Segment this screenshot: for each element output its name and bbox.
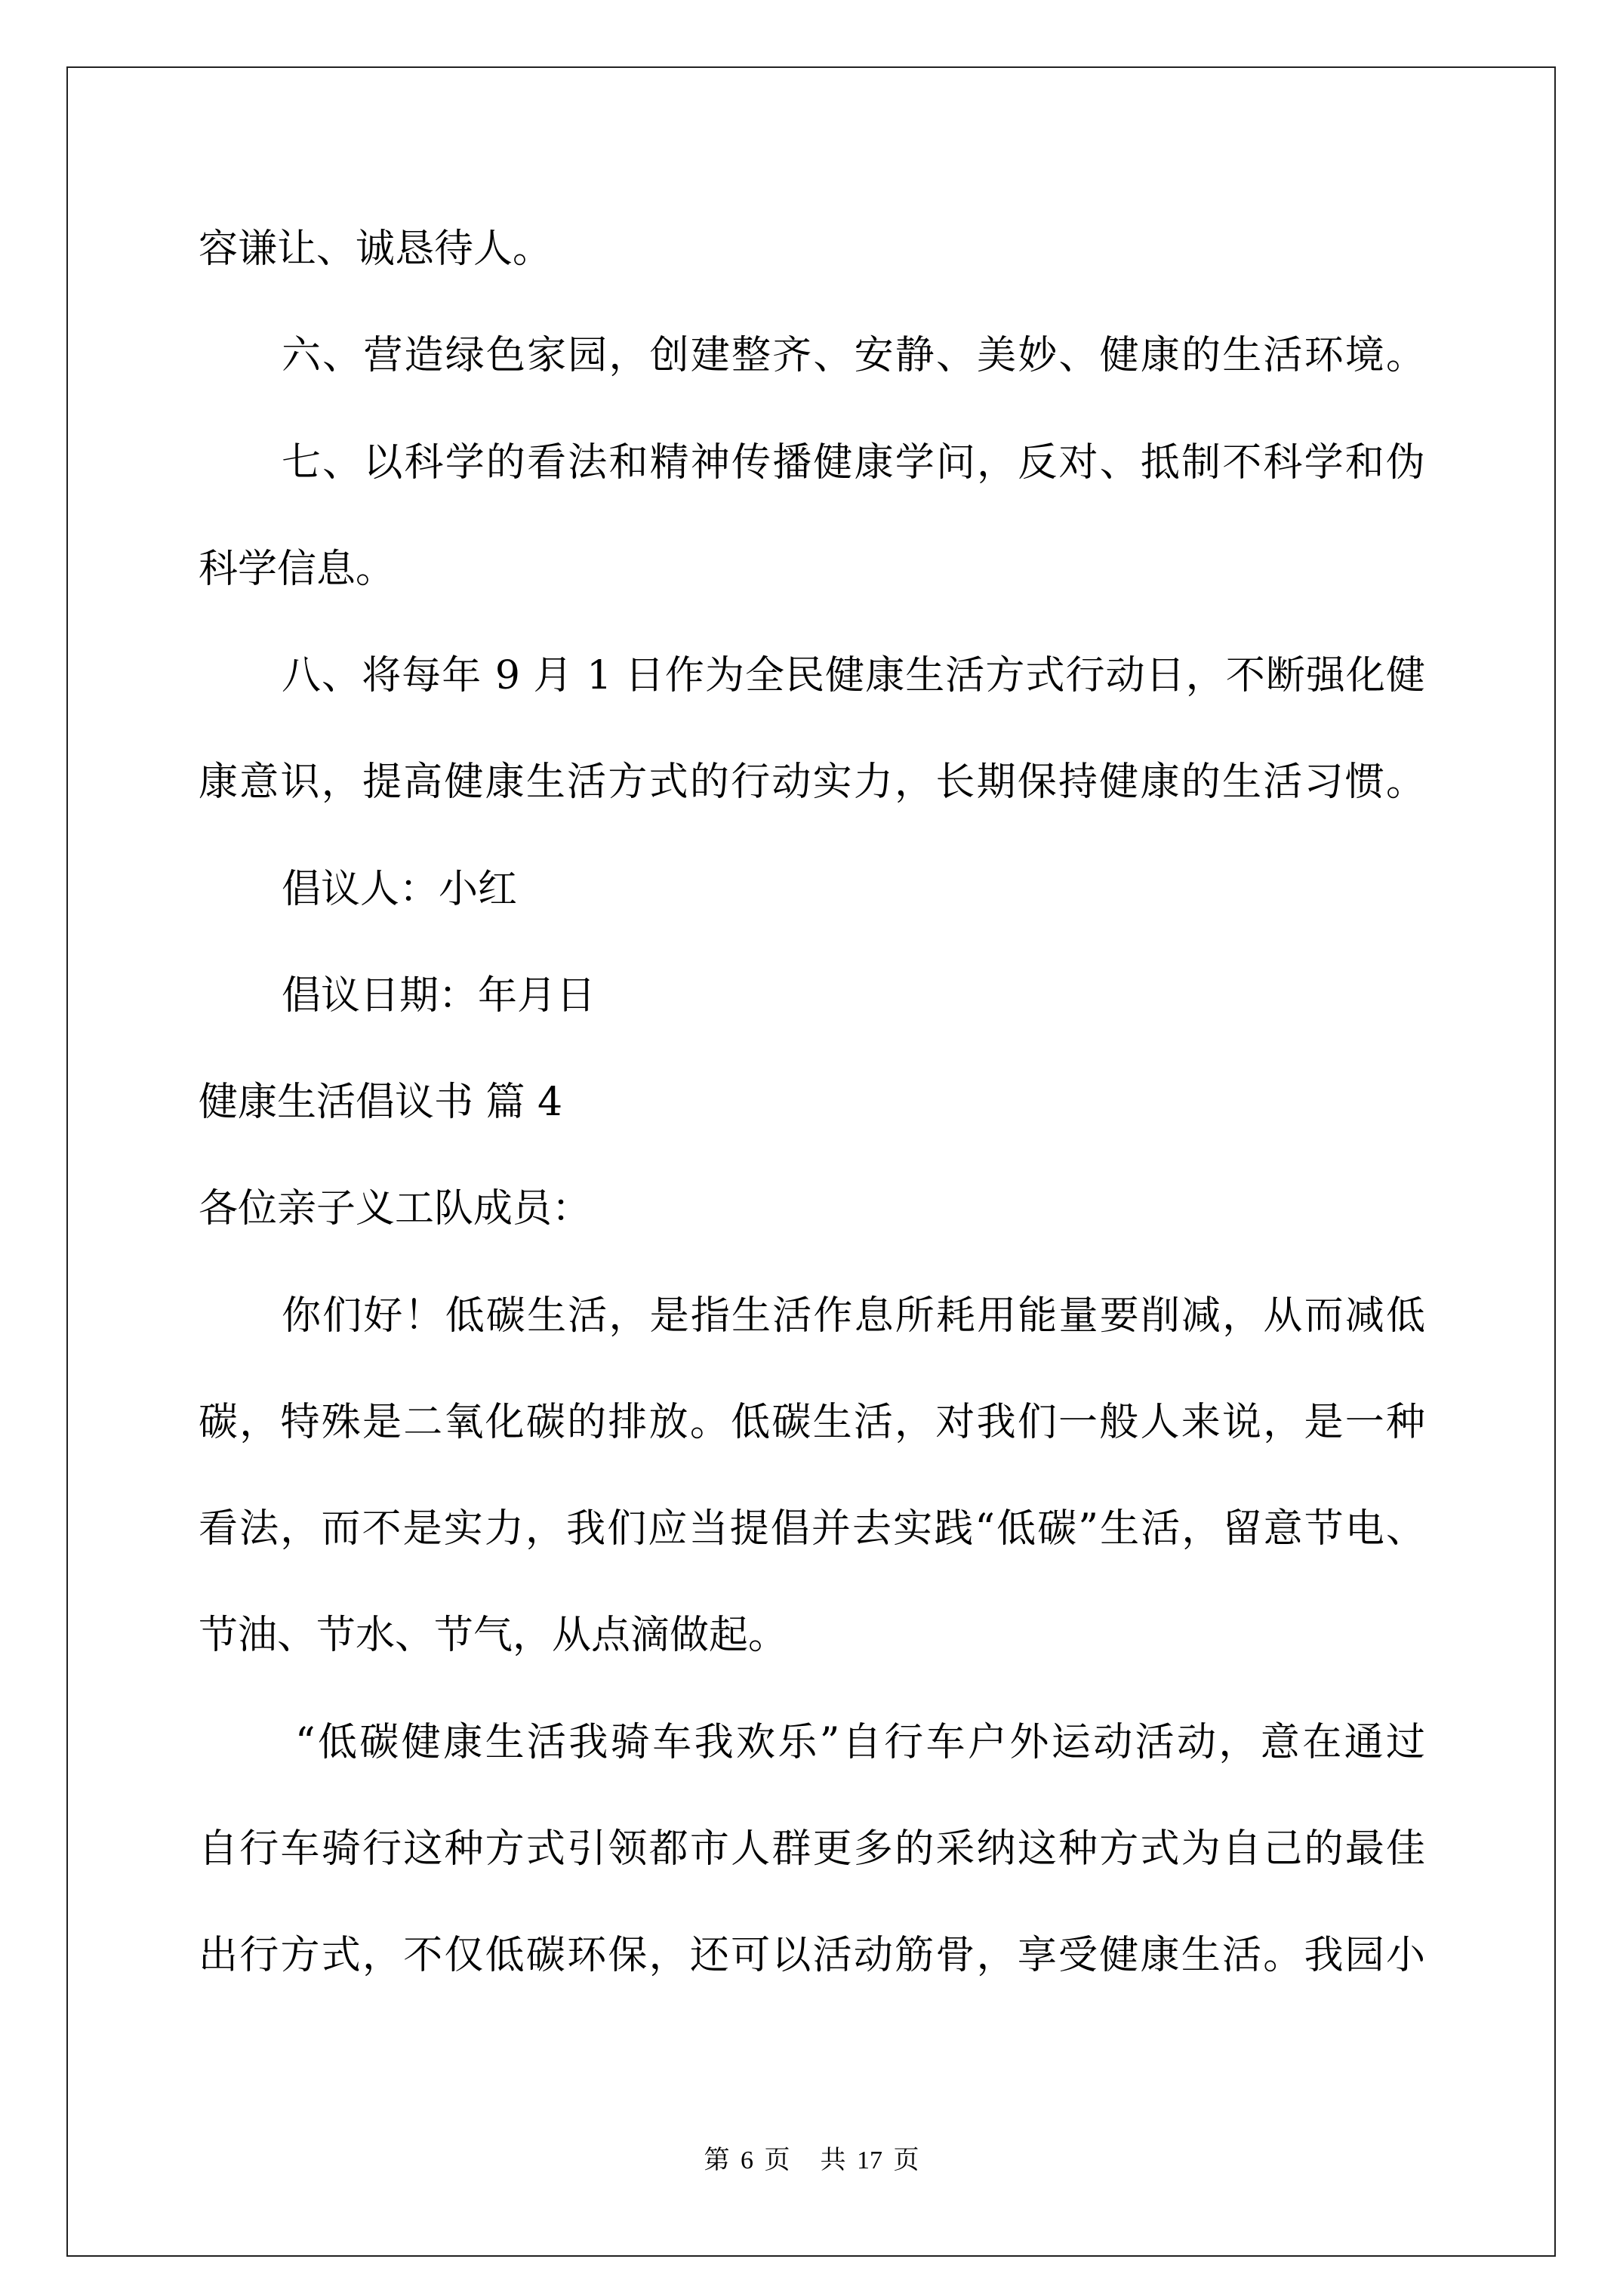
text-line: 看法，而不是实力，我们应当提倡并去实践“低碳”生活，留意节电、 <box>199 1476 1425 1583</box>
text-line: 六、营造绿色家园，创建整齐、安静、美妙、健康的生活环境。 <box>199 303 1425 409</box>
text-line: 容谦让、诚恳待人。 <box>199 196 1425 303</box>
signer-line: 倡议人：小红 <box>199 837 1425 943</box>
page-footer: 第 6 页共 17 页 <box>0 2144 1623 2177</box>
document-body: 容谦让、诚恳待人。 六、营造绿色家园，创建整齐、安静、美妙、健康的生活环境。 七… <box>199 196 1425 2009</box>
text-line: 你们好！低碳生活，是指生活作息所耗用能量要削减，从而减低 <box>199 1263 1425 1370</box>
text-line: 科学信息。 <box>199 516 1425 623</box>
text-line: 节油、节水、节气，从点滴做起。 <box>199 1583 1425 1689</box>
salutation: 各位亲子义工队成员： <box>199 1156 1425 1262</box>
text-line: 康意识，提高健康生活方式的行动实力，长期保持健康的生活习惯。 <box>199 729 1425 836</box>
text-line: 八、将每年 9 月 1 日作为全民健康生活方式行动日，不断强化健 <box>199 623 1425 729</box>
text-line: 碳，特殊是二氧化碳的排放。低碳生活，对我们一般人来说，是一种 <box>199 1370 1425 1476</box>
text-line: 出行方式，不仅低碳环保，还可以活动筋骨，享受健康生活。我园小 <box>199 1903 1425 2009</box>
section-heading: 健康生活倡议书 篇 4 <box>199 1049 1425 1156</box>
text-line: 七、以科学的看法和精神传播健康学问，反对、抵制不科学和伪 <box>199 410 1425 516</box>
page-number: 第 6 页 <box>704 2144 790 2177</box>
page-total: 共 17 页 <box>821 2144 919 2177</box>
date-line: 倡议日期：年月日 <box>199 943 1425 1049</box>
text-line: “低碳健康生活我骑车我欢乐”自行车户外运动活动，意在通过 <box>199 1690 1425 1796</box>
text-line: 自行车骑行这种方式引领都市人群更多的采纳这种方式为自己的最佳 <box>199 1796 1425 1903</box>
